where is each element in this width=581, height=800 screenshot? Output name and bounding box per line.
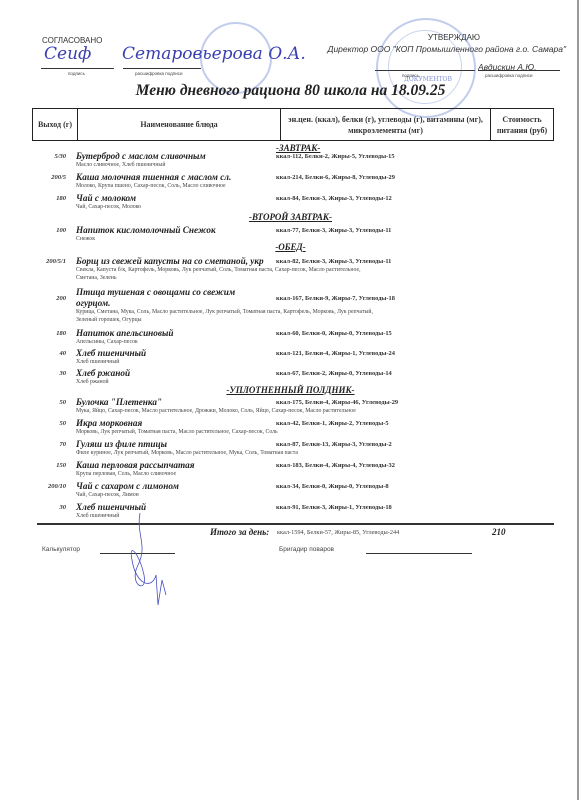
dish-ingredients: Чай, Сахар-песок, Молоко	[76, 204, 141, 210]
dish-nutrition: ккал-60, Белки-0, Жиры-0, Углеводы-15	[276, 330, 392, 337]
dish-yield: 40	[30, 350, 66, 357]
dish-nutrition: ккал-175, Белки-4, Жиры-46, Углеводы-29	[276, 399, 398, 406]
dish-name: Каша молочная пшенная с маслом сл.	[76, 172, 231, 182]
dish-name: Хлеб ржаной	[76, 368, 130, 378]
chief-cook-label: Бригадир поваров	[279, 546, 334, 553]
dish-yield: 200/5/1	[30, 258, 66, 265]
dish-nutrition: ккал-77, Белки-3, Жиры-3, Углеводы-11	[276, 227, 391, 234]
section-title: -УПЛОТНЕННЫЙ ПОЛДНИК-	[0, 385, 581, 395]
calculator-signature	[118, 505, 178, 615]
dish-name: Гуляш из филе птицы	[76, 439, 167, 449]
dish-name: Икра морковная	[76, 418, 142, 428]
dish-yield: 70	[30, 441, 66, 448]
dish-yield: 180	[30, 195, 66, 202]
dish-name: Бутерброд с маслом сливочным	[76, 151, 206, 161]
dish-name: Хлеб пшеничный	[76, 348, 146, 358]
dish-ingredients: Свекла, Капуста б/к, Картофель, Морковь,…	[76, 267, 361, 273]
dish-nutrition: ккал-42, Белки-1, Жиры-2, Углеводы-5	[276, 420, 389, 427]
header-nutrition: эн.цен. (ккал), белки (г), углеводы (г),…	[281, 109, 491, 141]
dish-ingredients: Хлеб пшеничный	[76, 513, 119, 519]
dish-ingredients: Апельсины, Сахар-песок	[76, 339, 138, 345]
dish-yield: 200	[30, 295, 66, 302]
dish-ingredients: Мука, Яйцо, Сахар-песок, Масло раститель…	[76, 408, 356, 414]
dish-ingredients: Чай, Сахар-песок, Лимон	[76, 492, 139, 498]
dish-name: Каша перловая рассыпчатая	[76, 460, 195, 470]
dish-name: Птица тушеная с овощами со свежим	[76, 287, 235, 297]
dish-nutrition: ккал-34, Белки-0, Жиры-0, Углеводы-8	[276, 483, 389, 490]
dish-nutrition: ккал-167, Белки-9, Жиры-7, Углеводы-18	[276, 295, 395, 302]
dish-nutrition: ккал-183, Белки-4, Жиры-4, Углеводы-32	[276, 462, 395, 469]
dish-yield: 180	[30, 330, 66, 337]
dish-yield: 30	[30, 370, 66, 377]
section-title: -ЗАВТРАК-	[276, 143, 320, 153]
dish-name: Напиток кисломолочный Снежок	[76, 225, 216, 235]
total-nutrition: ккал-1594, Белки-57, Жиры-85, Углеводы-2…	[277, 529, 399, 536]
page-title: Меню дневного рациона 80 школа на 18.09.…	[0, 82, 581, 100]
dish-yield: 100	[30, 227, 66, 234]
dish-yield: 200/5	[30, 174, 66, 181]
dish-ingredients: Курица, Сметана, Мука, Соль, Масло расти…	[76, 309, 373, 315]
dish-nutrition: ккал-82, Белки-3, Жиры-3, Углеводы-11	[276, 258, 391, 265]
calculator-label: Калькулятор	[42, 546, 80, 553]
dish-yield: 200/10	[30, 483, 66, 490]
dish-yield: 50	[30, 399, 66, 406]
total-divider	[37, 523, 554, 525]
dish-yield: 30	[30, 504, 66, 511]
agreed-decode-caption: расшифровка подписи	[135, 71, 182, 76]
page-edge	[577, 0, 579, 800]
menu-table-header: Выход (г) Наименование блюда эн.цен. (кк…	[32, 108, 554, 141]
dish-name: Булочка "Плетенка"	[76, 397, 162, 407]
section-title: -ОБЕД-	[0, 242, 581, 252]
total-cost: 210	[492, 527, 506, 537]
agreed-signature-caption: подпись	[68, 71, 85, 76]
dish-ingredients: Крупа перловая, Соль, Масло сливочное	[76, 471, 176, 477]
header-yield: Выход (г)	[33, 109, 78, 141]
agreed-signature-line	[41, 68, 114, 69]
header-cost: Стоимость питания (руб)	[491, 109, 554, 141]
director-name: Авдискин А.Ю.	[478, 62, 536, 72]
dish-nutrition: ккал-214, Белки-6, Жиры-8, Углеводы-29	[276, 174, 395, 181]
dish-name-continued: огурцом.	[76, 298, 110, 308]
dish-ingredients: Сметана, Зелень	[76, 275, 117, 281]
total-label: Итого за день:	[210, 527, 269, 537]
dish-ingredients: Морковь, Лук репчатый, Томатная паста, М…	[76, 429, 278, 435]
director-decode-caption: расшифровка подписи	[485, 73, 532, 78]
dish-ingredients: Филе куриное, Лук репчатый, Морковь, Мас…	[76, 450, 298, 456]
dish-nutrition: ккал-121, Белки-4, Жиры-1, Углеводы-24	[276, 350, 395, 357]
dish-ingredients: Молоко, Крупа пшено, Сахар-песок, Соль, …	[76, 183, 226, 189]
agreed-signature: Сеиф	[44, 44, 91, 64]
dish-nutrition: ккал-84, Белки-3, Жиры-3, Углеводы-12	[276, 195, 392, 202]
chief-cook-signature-line	[366, 553, 472, 554]
header-dish-name: Наименование блюда	[78, 109, 281, 141]
section-title: -ВТОРОЙ ЗАВТРАК-	[0, 212, 581, 222]
dish-yield: 50	[30, 420, 66, 427]
dish-nutrition: ккал-91, Белки-3, Жиры-1, Углеводы-18	[276, 504, 392, 511]
dish-name: Напиток апельсиновый	[76, 328, 173, 338]
dish-yield: 150	[30, 462, 66, 469]
dish-ingredients: Хлеб пшеничный	[76, 359, 119, 365]
dish-ingredients: Зеленый горошек, Огурцы	[76, 317, 142, 323]
dish-nutrition: ккал-112, Белки-2, Жиры-5, Углеводы-15	[276, 153, 395, 160]
dish-name: Чай с молоком	[76, 193, 136, 203]
dish-nutrition: ккал-67, Белки-2, Жиры-0, Углеводы-14	[276, 370, 392, 377]
dish-name: Чай с сахаром с лимоном	[76, 481, 179, 491]
dish-nutrition: ккал-87, Белки-13, Жиры-3, Углеводы-2	[276, 441, 392, 448]
dish-ingredients: Масло сливочное, Хлеб пшеничный	[76, 162, 165, 168]
agreed-decode-line	[123, 68, 201, 69]
dish-yield: 5/30	[30, 153, 66, 160]
dish-name: Борщ из свежей капусты на со сметаной, у…	[76, 256, 264, 266]
